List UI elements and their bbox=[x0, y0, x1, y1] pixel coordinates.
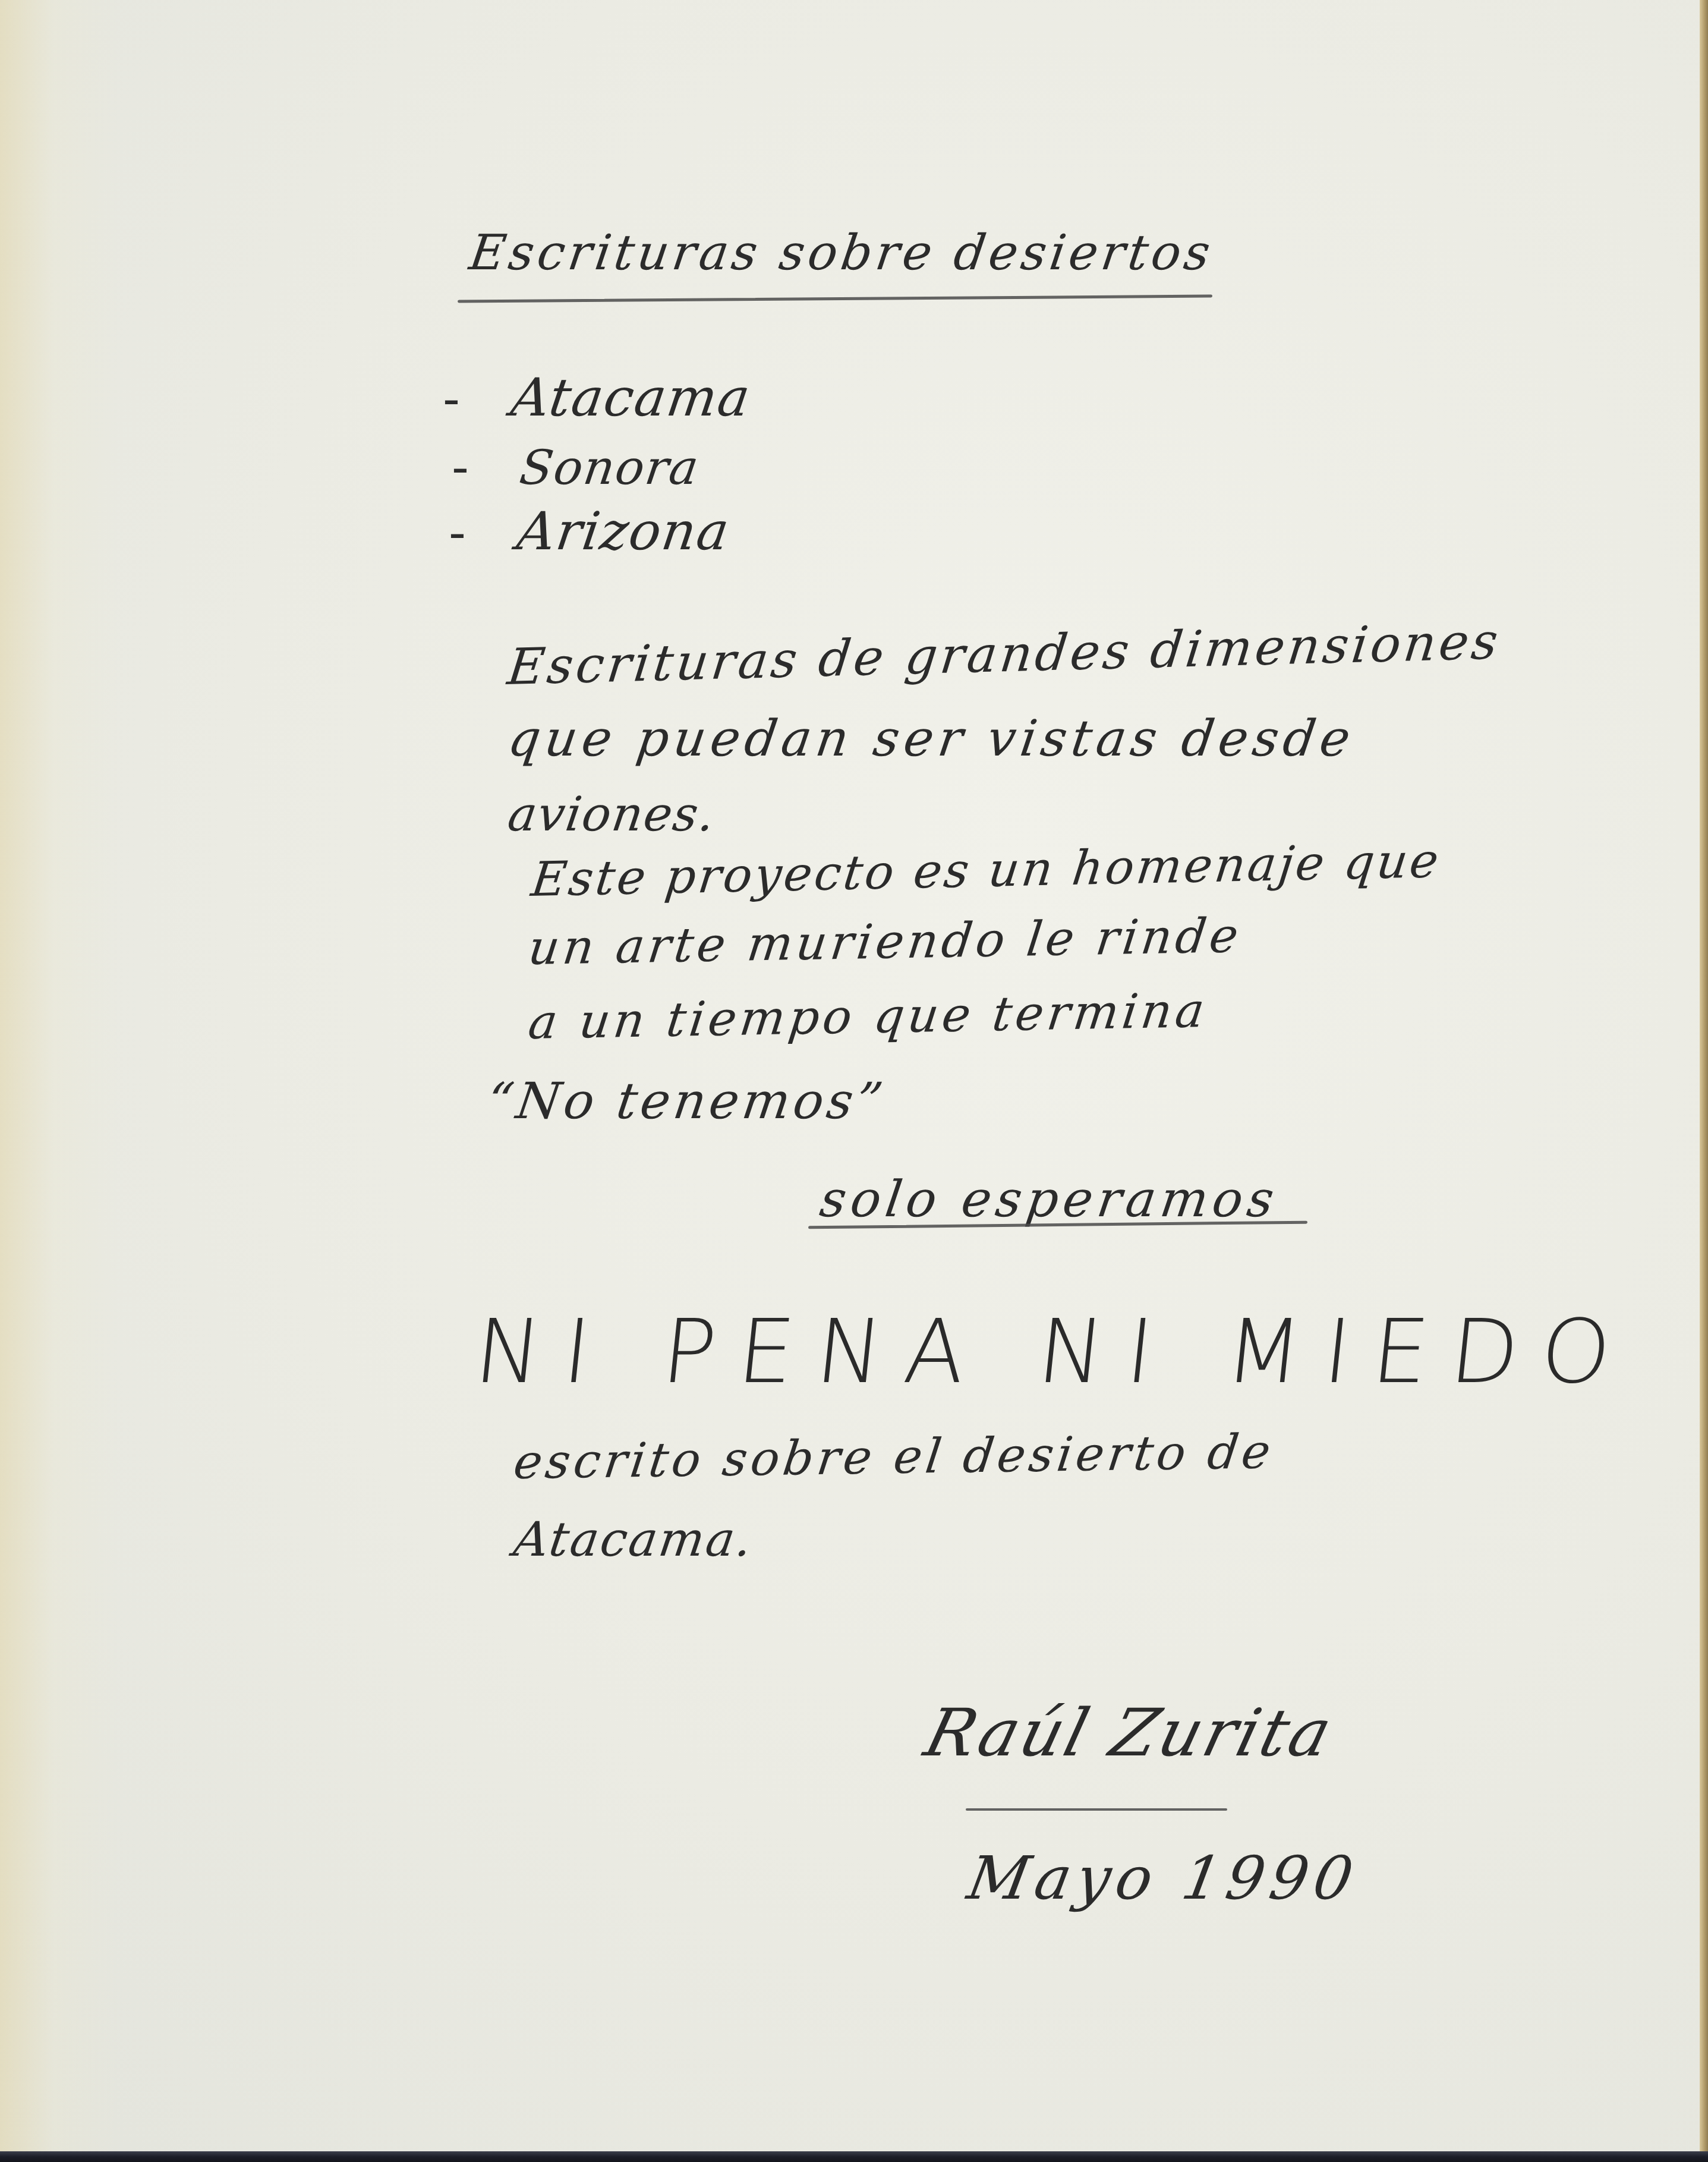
signature-underline bbox=[966, 1808, 1227, 1811]
list-item-label: Atacama bbox=[508, 372, 754, 424]
caption-line-1: escrito sobre el desierto de bbox=[511, 1428, 1277, 1486]
paragraph-1-line-3: aviones. bbox=[505, 791, 719, 838]
signature-date: Mayo 1990 bbox=[963, 1849, 1363, 1908]
paragraph-2-line-3: a un tiempo que termina bbox=[526, 987, 1211, 1046]
emphasis-line: solo esperamos bbox=[817, 1174, 1281, 1224]
title-underline bbox=[458, 295, 1212, 303]
list-bullet: - bbox=[449, 505, 514, 561]
page-right-edge bbox=[1700, 0, 1708, 2162]
paragraph-1-line-2: que puedan ser vistas desde bbox=[505, 713, 1358, 763]
list-item-sonora: - Sonora bbox=[452, 440, 696, 495]
list-item-arizona: - Arizona bbox=[449, 505, 726, 561]
signature: Raúl Zurita bbox=[919, 1700, 1340, 1766]
list-item-label: Arizona bbox=[514, 505, 733, 558]
handwritten-page: Escrituras sobre desiertos - Atacama - S… bbox=[0, 0, 1708, 2162]
page-title: Escrituras sobre desiertos bbox=[467, 229, 1217, 278]
list-bullet: - bbox=[443, 372, 508, 427]
list-item-atacama: - Atacama bbox=[443, 372, 747, 427]
headline: NI PENA NI MIEDO bbox=[471, 1308, 1637, 1396]
paragraph-1-line-1: Escrituras de grandes dimensiones bbox=[505, 616, 1504, 692]
paragraph-2-line-2: un arte muriendo le rinde bbox=[526, 912, 1244, 972]
page-bottom-edge bbox=[0, 2151, 1708, 2162]
caption-line-2: Atacama. bbox=[511, 1516, 757, 1563]
list-bullet: - bbox=[452, 440, 517, 495]
list-item-label: Sonora bbox=[517, 444, 702, 492]
paragraph-2-line-1: Este proyecto es un homenaje que bbox=[529, 837, 1444, 904]
quote-line: “No tenemos” bbox=[484, 1076, 889, 1126]
